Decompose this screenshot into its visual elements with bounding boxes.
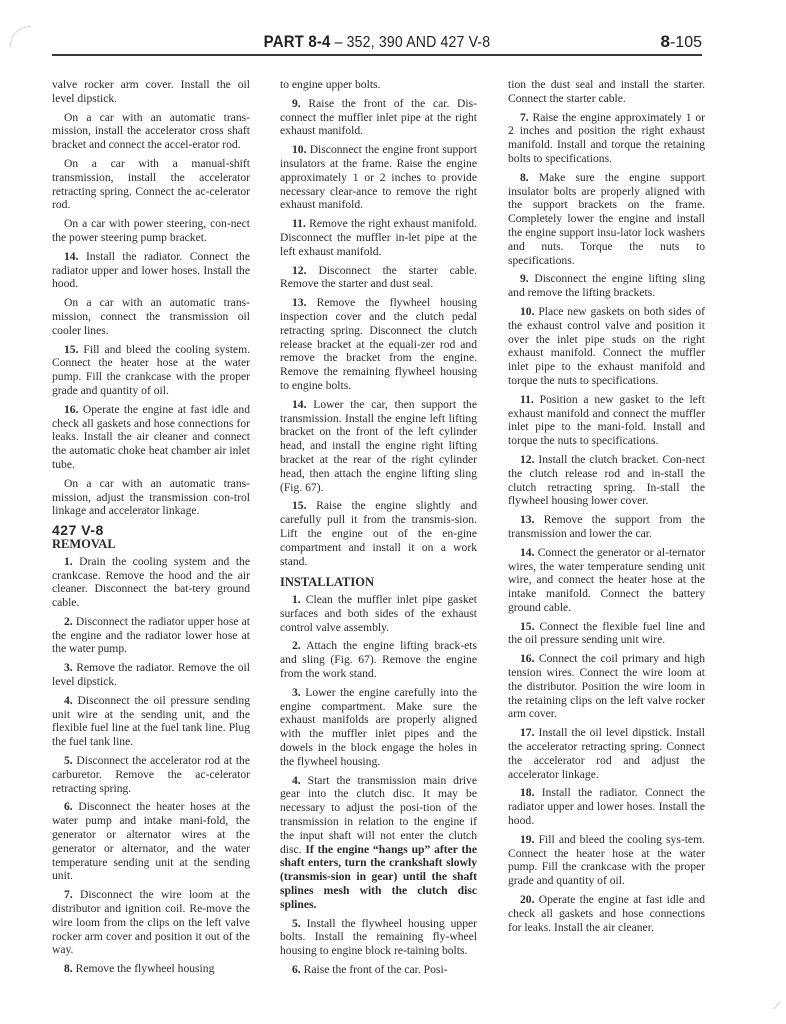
paragraph: to engine upper bolts. bbox=[280, 78, 477, 92]
step-text: Raise the engine approximately 1 or 2 in… bbox=[508, 111, 705, 165]
install-step-18: 18. Install the radiator. Connect the ra… bbox=[508, 786, 705, 827]
step-number: 5. bbox=[64, 754, 73, 767]
step-text: Install the radiator. Connect the radiat… bbox=[508, 786, 705, 827]
step-text: Remove the flywheel housing bbox=[73, 962, 215, 975]
step-number: 8. bbox=[64, 962, 73, 975]
install-step-7: 7. Raise the engine approximately 1 or 2… bbox=[508, 111, 705, 166]
step-text: Drain the cooling system and the crankca… bbox=[52, 555, 250, 609]
step-number: 4. bbox=[64, 694, 73, 707]
removal-heading: REMOVAL bbox=[52, 538, 250, 552]
paragraph: On a car with an automatic trans-mission… bbox=[52, 111, 250, 152]
paragraph: On a car with an automatic trans-mission… bbox=[52, 477, 250, 518]
install-step-14: 14. Connect the generator or al-ternator… bbox=[508, 546, 705, 615]
step-16: 16. Operate the engine at fast idle and … bbox=[52, 403, 250, 472]
step-number: 13. bbox=[292, 296, 307, 309]
page-title: PART 8-4 – 352, 390 AND 427 V-8 bbox=[91, 32, 663, 52]
removal-step-4: 4. Disconnect the oil pressure sending u… bbox=[52, 694, 250, 749]
paragraph: On a car with a manual-shift transmissio… bbox=[52, 157, 250, 212]
paragraph: On a car with an automatic trans-mission… bbox=[52, 296, 250, 337]
step-text: Raise the front of the car. Posi- bbox=[301, 963, 448, 976]
install-step-16: 16. Connect the coil primary and high te… bbox=[508, 652, 705, 721]
step-text: Disconnect the engine lifting sling and … bbox=[508, 272, 705, 299]
engine-heading: 427 V-8 bbox=[52, 524, 250, 538]
step-number: 2. bbox=[64, 615, 73, 628]
step-number: 10. bbox=[292, 143, 307, 156]
step-text: Make sure the engine support insulator b… bbox=[508, 171, 705, 267]
page-number-value: -105 bbox=[670, 34, 702, 51]
step-15: 15. Fill and bleed the cooling system. C… bbox=[52, 343, 250, 398]
step-number: 9. bbox=[292, 97, 301, 110]
step-number: 16. bbox=[520, 652, 535, 665]
install-step-12: 12. Install the clutch bracket. Con-nect… bbox=[508, 453, 705, 508]
page-section: 8 bbox=[661, 32, 670, 51]
install-step-11: 11. Position a new gasket to the left ex… bbox=[508, 393, 705, 448]
step-number: 3. bbox=[64, 661, 73, 674]
install-step-6: 6. Raise the front of the car. Posi- bbox=[280, 963, 477, 977]
step-text: Disconnect the radiator upper hose at th… bbox=[52, 615, 250, 656]
installation-heading: INSTALLATION bbox=[280, 576, 477, 590]
step-number: 11. bbox=[292, 217, 306, 230]
step-number: 9. bbox=[520, 272, 529, 285]
step-text: Operate the engine at fast idle and chec… bbox=[508, 893, 705, 934]
install-step-15: 15. Connect the flexible fuel line and t… bbox=[508, 620, 705, 648]
step-number: 17. bbox=[520, 726, 535, 739]
step-text: Disconnect the wire loom at the distribu… bbox=[52, 888, 250, 956]
step-number: 14. bbox=[520, 546, 535, 559]
step-number: 7. bbox=[520, 111, 529, 124]
step-number: 13. bbox=[520, 513, 535, 526]
step-text: Fill and bleed the cooling sys-tem. Conn… bbox=[508, 833, 705, 887]
install-step-17: 17. Install the oil level dipstick. Inst… bbox=[508, 726, 705, 781]
step-text: Connect the coil primary and high tensio… bbox=[508, 652, 705, 720]
step-number: 7. bbox=[64, 888, 73, 901]
step-text: Attach the engine lifting brack-ets and … bbox=[280, 639, 477, 680]
step-number: 12. bbox=[520, 453, 535, 466]
step-text: Connect the generator or al-ternator wir… bbox=[508, 546, 705, 614]
step-number: 15. bbox=[292, 499, 307, 512]
paragraph: valve rocker arm cover. Install the oil … bbox=[52, 78, 250, 106]
step-number: 8. bbox=[520, 171, 529, 184]
step-text: Operate the engine at fast idle and chec… bbox=[52, 403, 250, 471]
install-step-3: 3. Lower the engine carefully into the e… bbox=[280, 686, 477, 769]
step-number: 15. bbox=[64, 343, 79, 356]
removal-step-5: 5. Disconnect the accelerator rod at the… bbox=[52, 754, 250, 795]
part-label: PART 8-4 bbox=[264, 32, 331, 51]
install-step-13: 13. Remove the support from the transmis… bbox=[508, 513, 705, 541]
removal-step-13: 13. Remove the flywheel housing inspecti… bbox=[280, 296, 477, 393]
step-14: 14. Install the radiator. Connect the ra… bbox=[52, 250, 250, 291]
step-text: Install the flywheel housing upper bolts… bbox=[280, 917, 477, 958]
removal-step-8: 8. Remove the flywheel housing bbox=[52, 962, 250, 976]
step-number: 16. bbox=[64, 403, 79, 416]
removal-step-11: 11. Remove the right exhaust manifold. D… bbox=[280, 217, 477, 258]
step-number: 14. bbox=[64, 250, 79, 263]
step-text: Raise the engine slightly and carefully … bbox=[280, 499, 477, 567]
install-step-2: 2. Attach the engine lifting brack-ets a… bbox=[280, 639, 477, 680]
page-edge-mark bbox=[773, 1001, 780, 1009]
step-number: 3. bbox=[292, 686, 301, 699]
step-number: 14. bbox=[292, 398, 307, 411]
step-text: Disconnect the engine front support insu… bbox=[280, 143, 477, 211]
step-number: 20. bbox=[520, 893, 535, 906]
step-text: Disconnect the heater hoses at the water… bbox=[52, 800, 250, 882]
step-text: Lower the engine carefully into the engi… bbox=[280, 686, 477, 768]
step-number: 6. bbox=[64, 800, 73, 813]
removal-step-1: 1. Drain the cooling system and the cran… bbox=[52, 555, 250, 610]
removal-step-6: 6. Disconnect the heater hoses at the wa… bbox=[52, 800, 250, 883]
install-step-9: 9. Disconnect the engine lifting sling a… bbox=[508, 272, 705, 300]
page-corner-mark bbox=[10, 26, 31, 47]
step-text: Place new gaskets on both sides of the e… bbox=[508, 305, 705, 387]
install-step-4: 4. Start the transmission main drive gea… bbox=[280, 774, 477, 912]
install-step-10: 10. Place new gaskets on both sides of t… bbox=[508, 305, 705, 388]
warning-text: If the engine “hangs up” after the shaft… bbox=[280, 843, 477, 911]
removal-step-9: 9. Raise the front of the car. Dis-conne… bbox=[280, 97, 477, 138]
step-number: 11. bbox=[520, 393, 534, 406]
step-number: 1. bbox=[292, 593, 301, 606]
step-text: Remove the support from the transmission… bbox=[508, 513, 705, 540]
step-text: Remove the radiator. Remove the oil leve… bbox=[52, 661, 250, 688]
paragraph: tion the dust seal and install the start… bbox=[508, 78, 705, 106]
step-number: 6. bbox=[292, 963, 301, 976]
paragraph: On a car with power steering, con-nect t… bbox=[52, 217, 250, 245]
page-number: 8-105 bbox=[661, 32, 703, 52]
step-text: Clean the muffler inlet pipe gasket surf… bbox=[280, 593, 477, 634]
step-text: Raise the front of the car. Dis-connect … bbox=[280, 97, 477, 138]
install-step-1: 1. Clean the muffler inlet pipe gasket s… bbox=[280, 593, 477, 634]
removal-step-7: 7. Disconnect the wire loom at the distr… bbox=[52, 888, 250, 957]
step-text: Disconnect the oil pressure sending unit… bbox=[52, 694, 250, 748]
step-number: 4. bbox=[292, 774, 301, 787]
step-number: 18. bbox=[520, 786, 535, 799]
removal-step-14: 14. Lower the car, then support the tran… bbox=[280, 398, 477, 495]
step-text: Install the clutch bracket. Con-nect the… bbox=[508, 453, 705, 507]
column-1: valve rocker arm cover. Install the oil … bbox=[52, 78, 250, 976]
page-header: PART 8-4 – 352, 390 AND 427 V-8 8-105 bbox=[52, 30, 702, 52]
install-step-19: 19. Fill and bleed the cooling sys-tem. … bbox=[508, 833, 705, 888]
step-text: Remove the flywheel housing inspection c… bbox=[280, 296, 477, 392]
step-number: 2. bbox=[292, 639, 301, 652]
step-number: 15. bbox=[520, 620, 535, 633]
step-text: Install the oil level dipstick. Install … bbox=[508, 726, 705, 780]
step-number: 19. bbox=[520, 833, 535, 846]
removal-step-15: 15. Raise the engine slightly and carefu… bbox=[280, 499, 477, 568]
step-text: Disconnect the starter cable. Remove the… bbox=[280, 264, 477, 291]
part-subtitle: – 352, 390 AND 427 V-8 bbox=[330, 34, 490, 51]
column-2: to engine upper bolts. 9. Raise the fron… bbox=[280, 78, 477, 977]
step-text: Install the radiator. Connect the radiat… bbox=[52, 250, 250, 291]
header-rule bbox=[52, 54, 702, 56]
install-step-5: 5. Install the flywheel housing upper bo… bbox=[280, 917, 477, 958]
install-step-20: 20. Operate the engine at fast idle and … bbox=[508, 893, 705, 934]
step-text: Fill and bleed the cooling system. Conne… bbox=[52, 343, 250, 397]
install-step-8: 8. Make sure the engine support insulato… bbox=[508, 171, 705, 268]
step-number: 5. bbox=[292, 917, 301, 930]
step-text: Disconnect the accelerator rod at the ca… bbox=[52, 754, 250, 795]
step-text: Lower the car, then support the transmis… bbox=[280, 398, 477, 494]
step-number: 10. bbox=[520, 305, 535, 318]
removal-step-12: 12. Disconnect the starter cable. Remove… bbox=[280, 264, 477, 292]
removal-step-10: 10. Disconnect the engine front support … bbox=[280, 143, 477, 212]
step-text: Remove the right exhaust manifold. Disco… bbox=[280, 217, 477, 258]
step-number: 1. bbox=[64, 555, 73, 568]
step-text: Connect the flexible fuel line and the o… bbox=[508, 620, 705, 647]
removal-step-3: 3. Remove the radiator. Remove the oil l… bbox=[52, 661, 250, 689]
step-text: Position a new gasket to the left exhaus… bbox=[508, 393, 705, 447]
removal-step-2: 2. Disconnect the radiator upper hose at… bbox=[52, 615, 250, 656]
column-3: tion the dust seal and install the start… bbox=[508, 78, 705, 939]
step-number: 12. bbox=[292, 264, 307, 277]
